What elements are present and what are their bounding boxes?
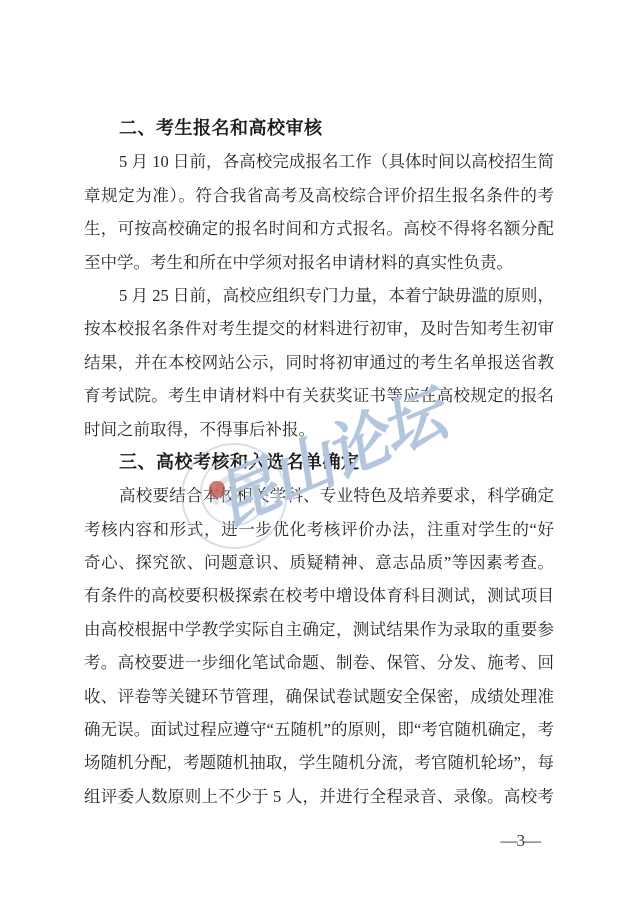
text-line: 组评委人数原则上不少于 5 人，并进行全程录音、录像。高校考 — [84, 780, 554, 813]
text-line: 考核内容和形式，进一步优化考核评价办法，注重对学生的“好 — [84, 513, 554, 546]
text-line: 高校要结合本校相关学科、专业特色及培养要求，科学确定 — [84, 479, 554, 512]
text-line: 由高校根据中学教学实际自主确定，测试结果作为录取的重要参 — [84, 613, 554, 646]
text-line: 确无误。面试过程应遵守“五随机”的原则，即“考官随机确定，考 — [84, 713, 554, 746]
text-line: 奇心、探究欲、问题意识、质疑精神、意志品质”等因素考查。 — [84, 546, 554, 579]
section-heading: 三、高校考核和入选名单确定 — [84, 446, 554, 479]
text-line: 结果，并在本校网站公示，同时将初审通过的考生名单报送省教 — [84, 346, 554, 379]
document-page: 二、考生报名和高校审核5 月 10 日前，各高校完成报名工作（具体时间以高校招生… — [0, 0, 640, 905]
text-line: 至中学。考生和所在中学须对报名申请材料的真实性负责。 — [84, 246, 554, 279]
text-line: 时间之前取得，不得事后补报。 — [84, 413, 554, 446]
text-line: 收、评卷等关键环节管理，确保试卷试题安全保密，成绩处理准 — [84, 680, 554, 713]
text-line: 考。高校要进一步细化笔试命题、制卷、保管、分发、施考、回 — [84, 646, 554, 679]
section-heading: 二、考生报名和高校审核 — [84, 112, 554, 145]
text-line: 5 月 10 日前，各高校完成报名工作（具体时间以高校招生简 — [84, 145, 554, 178]
text-line: 育考试院。考生申请材料中有关获奖证书等应在高校规定的报名 — [84, 379, 554, 412]
text-line: 有条件的高校要积极探索在校考中增设体育科目测试，测试项目 — [84, 579, 554, 612]
text-line: 按本校报名条件对考生提交的材料进行初审，及时告知考生初审 — [84, 312, 554, 345]
text-line: 5 月 25 日前，高校应组织专门力量，本着宁缺毋滥的原则， — [84, 279, 554, 312]
document-body: 二、考生报名和高校审核5 月 10 日前，各高校完成报名工作（具体时间以高校招生… — [84, 112, 554, 813]
text-line: 章规定为准）。符合我省高考及高校综合评价招生报名条件的考 — [84, 179, 554, 212]
text-line: 生，可按高校确定的报名时间和方式报名。高校不得将名额分配 — [84, 212, 554, 245]
page-number: —3— — [501, 831, 541, 851]
text-line: 场随机分配，考题随机抽取，学生随机分流，考官随机轮场”，每 — [84, 746, 554, 779]
